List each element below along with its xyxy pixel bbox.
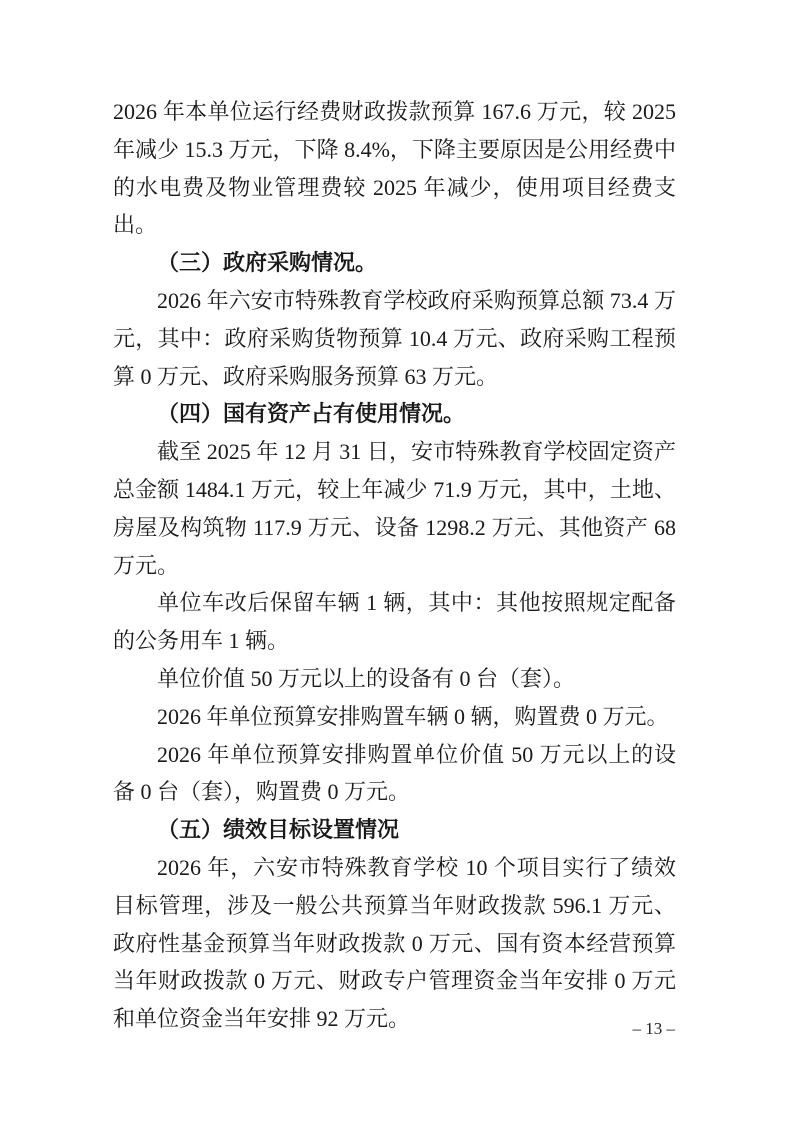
section-heading-government-procurement: （三）政府采购情况。 — [113, 244, 676, 282]
paragraph-performance-targets: 2026 年，六安市特殊教育学校 10 个项目实行了绩效目标管理，涉及一般公共预… — [113, 849, 676, 1038]
page-number: – 13 – — [633, 1019, 676, 1038]
paragraph-government-procurement: 2026 年六安市特殊教育学校政府采购预算总额 73.4 万元，其中：政府采购货… — [113, 282, 676, 395]
paragraph-continued-operating-expenses: 2026 年本单位运行经费财政拨款预算 167.6 万元，较 2025 年减少 … — [113, 93, 676, 244]
page-footer: – 13 – — [633, 1017, 676, 1041]
paragraph-equipment-purchase-budget: 2026 年单位预算安排购置单位价值 50 万元以上的设备 0 台（套），购置费… — [113, 736, 676, 812]
paragraph-retained-vehicles: 单位车改后保留车辆 1 辆，其中：其他按照规定配备的公务用车 1 辆。 — [113, 584, 676, 660]
paragraph-fixed-assets: 截至 2025 年 12 月 31 日，安市特殊教育学校固定资产总金额 1484… — [113, 433, 676, 584]
section-heading-performance-targets: （五）绩效目标设置情况 — [113, 811, 676, 849]
paragraph-vehicle-purchase-budget: 2026 年单位预算安排购置车辆 0 辆，购置费 0 万元。 — [113, 698, 676, 736]
document-body: 2026 年本单位运行经费财政拨款预算 167.6 万元，较 2025 年减少 … — [113, 93, 676, 1038]
document-page: 2026 年本单位运行经费财政拨款预算 167.6 万元，较 2025 年减少 … — [0, 0, 793, 1122]
paragraph-equipment-over-50: 单位价值 50 万元以上的设备有 0 台（套）。 — [113, 660, 676, 698]
section-heading-state-assets: （四）国有资产占有使用情况。 — [113, 395, 676, 433]
